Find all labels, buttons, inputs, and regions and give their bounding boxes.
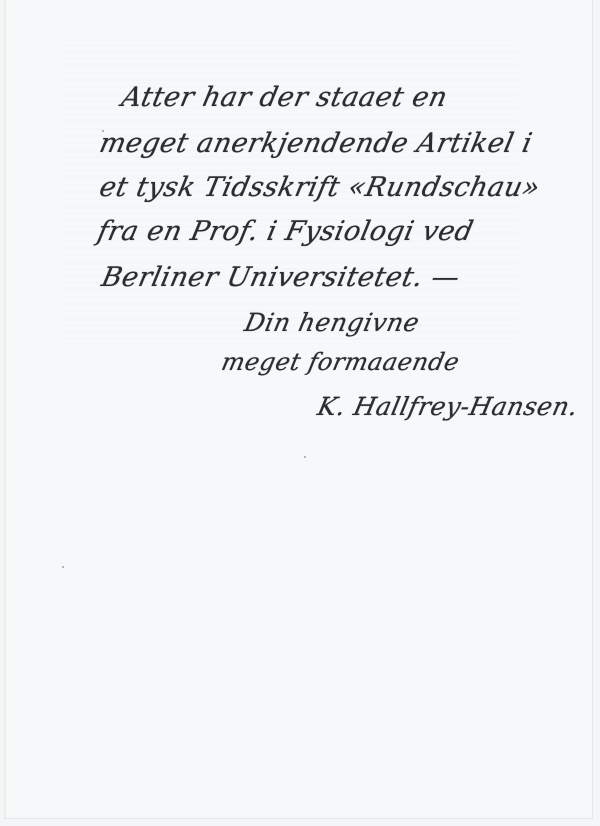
letter-line-4: fra en Prof. i Fysiologi ved <box>95 216 477 247</box>
closing-phrase: meget formaaende <box>219 348 462 376</box>
letter-line-3: et tysk Tidsskrift «Rundschau» <box>97 172 543 203</box>
paper-speck <box>304 456 306 458</box>
scanned-page: Atter har der staaet en meget anerkjende… <box>0 0 600 826</box>
letter-line-1: Atter har der staaet en <box>119 82 451 113</box>
letter-line-5: Berliner Universitetet. — <box>99 262 463 293</box>
signature: K. Hallfrey-Hansen. <box>315 392 581 421</box>
letter-line-2: meget anerkjendende Artikel i <box>97 128 535 159</box>
paper-speck <box>102 130 104 132</box>
closing-salutation: Din hengivne <box>242 308 422 337</box>
paper-speck <box>62 566 64 568</box>
